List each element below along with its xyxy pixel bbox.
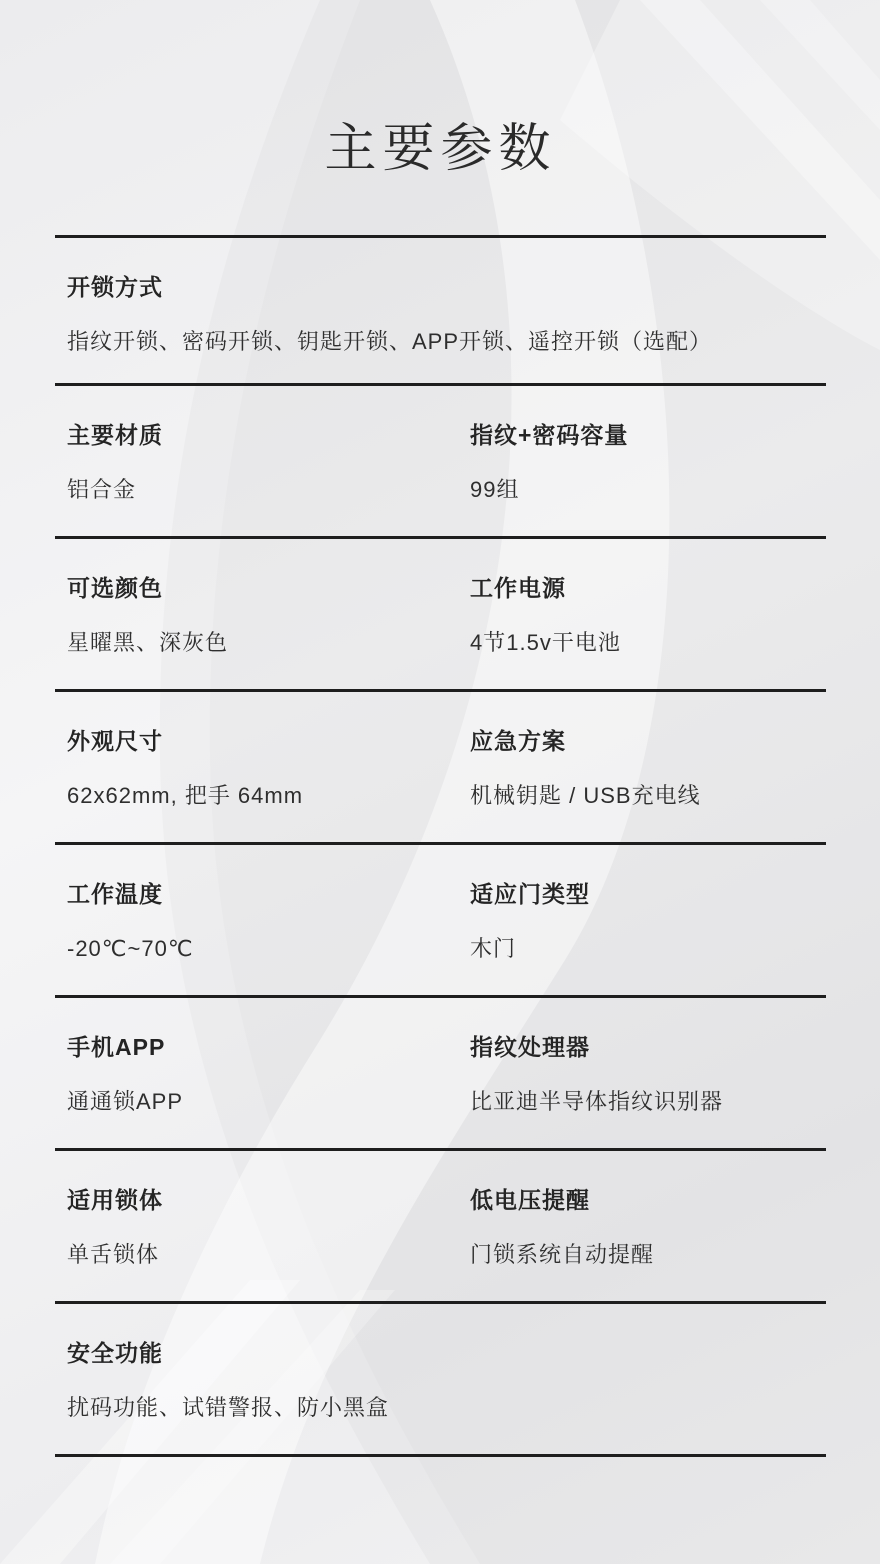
spec-label: 工作电源 (470, 577, 826, 600)
spec-section-lockbody-voltage: 适用锁体 单舌锁体 低电压提醒 门锁系统自动提醒 (55, 1151, 826, 1301)
spec-value: 62x62mm, 把手 64mm (67, 783, 470, 808)
spec-value: 星曜黑、深灰色 (67, 630, 470, 655)
spec-label: 适用锁体 (67, 1189, 470, 1212)
spec-section-app-processor: 手机APP 通通锁APP 指纹处理器 比亚迪半导体指纹识别器 (55, 998, 826, 1148)
spec-label: 适应门类型 (470, 883, 826, 906)
spec-cell: 低电压提醒 门锁系统自动提醒 (470, 1189, 826, 1301)
spec-value: 99组 (470, 477, 826, 502)
spec-value: 4节1.5v干电池 (470, 630, 826, 655)
spec-cell: 安全功能 扰码功能、试错警报、防小黑盒 (67, 1342, 826, 1454)
spec-cell: 主要材质 铝合金 (67, 424, 470, 536)
spec-cell: 应急方案 机械钥匙 / USB充电线 (470, 730, 826, 842)
spec-label: 指纹+密码容量 (470, 424, 826, 447)
spec-value: 比亚迪半导体指纹识别器 (470, 1089, 826, 1114)
spec-label: 外观尺寸 (67, 730, 470, 753)
spec-cell: 适用锁体 单舌锁体 (67, 1189, 470, 1301)
spec-section-security: 安全功能 扰码功能、试错警报、防小黑盒 (55, 1304, 826, 1454)
spec-label: 应急方案 (470, 730, 826, 753)
spec-cell: 工作电源 4节1.5v干电池 (470, 577, 826, 689)
spec-label: 工作温度 (67, 883, 470, 906)
spec-value: 指纹开锁、密码开锁、钥匙开锁、APP开锁、遥控开锁（选配） (67, 329, 826, 354)
spec-cell: 工作温度 -20℃~70℃ (67, 883, 470, 995)
spec-label: 低电压提醒 (470, 1189, 826, 1212)
spec-value: 门锁系统自动提醒 (470, 1242, 826, 1267)
spec-cell: 适应门类型 木门 (470, 883, 826, 995)
title-block: 主要参数 (55, 0, 826, 235)
spec-sheet: 主要参数 开锁方式 指纹开锁、密码开锁、钥匙开锁、APP开锁、遥控开锁（选配） … (55, 0, 826, 1457)
spec-value: 扰码功能、试错警报、防小黑盒 (67, 1395, 826, 1420)
spec-label: 手机APP (67, 1036, 470, 1059)
spec-section-size-emergency: 外观尺寸 62x62mm, 把手 64mm 应急方案 机械钥匙 / USB充电线 (55, 692, 826, 842)
spec-cell: 开锁方式 指纹开锁、密码开锁、钥匙开锁、APP开锁、遥控开锁（选配） (67, 276, 826, 383)
spec-label: 可选颜色 (67, 577, 470, 600)
spec-label: 指纹处理器 (470, 1036, 826, 1059)
spec-value: 单舌锁体 (67, 1242, 470, 1267)
spec-value: 铝合金 (67, 477, 470, 502)
divider (55, 1454, 826, 1457)
spec-section-color-power: 可选颜色 星曜黑、深灰色 工作电源 4节1.5v干电池 (55, 539, 826, 689)
page-title: 主要参数 (55, 122, 826, 177)
spec-value: 通通锁APP (67, 1089, 470, 1114)
spec-label: 安全功能 (67, 1342, 826, 1365)
spec-label: 开锁方式 (67, 276, 826, 299)
spec-cell: 指纹处理器 比亚迪半导体指纹识别器 (470, 1036, 826, 1148)
spec-section-material-capacity: 主要材质 铝合金 指纹+密码容量 99组 (55, 386, 826, 536)
spec-section-unlock-methods: 开锁方式 指纹开锁、密码开锁、钥匙开锁、APP开锁、遥控开锁（选配） (55, 238, 826, 383)
spec-cell: 可选颜色 星曜黑、深灰色 (67, 577, 470, 689)
spec-cell: 手机APP 通通锁APP (67, 1036, 470, 1148)
spec-cell: 指纹+密码容量 99组 (470, 424, 826, 536)
spec-section-temperature-door: 工作温度 -20℃~70℃ 适应门类型 木门 (55, 845, 826, 995)
spec-label: 主要材质 (67, 424, 470, 447)
spec-cell: 外观尺寸 62x62mm, 把手 64mm (67, 730, 470, 842)
spec-value: 机械钥匙 / USB充电线 (470, 783, 826, 808)
spec-value: 木门 (470, 936, 826, 961)
spec-value: -20℃~70℃ (67, 936, 470, 961)
